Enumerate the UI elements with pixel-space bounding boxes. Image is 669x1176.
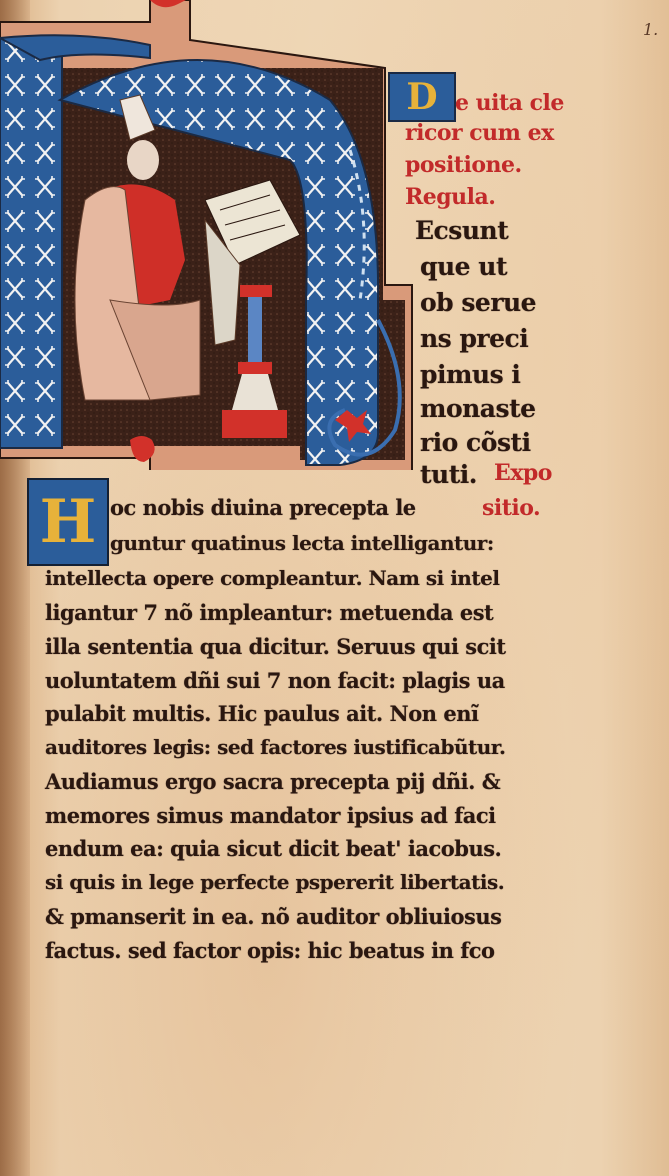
- illuminated-initial-n: [0, 0, 415, 470]
- text-line: guntur quatinus lecta intelligantur:: [110, 533, 494, 553]
- text-line: pulabit multis. Hic paulus ait. Non enĩ: [45, 703, 478, 724]
- text-line: monaste: [420, 396, 536, 421]
- text-line: ligantur 7 nõ impleantur: metuenda est: [45, 602, 493, 623]
- rubric-line: Regula.: [405, 186, 495, 208]
- text-line: ob serue: [420, 290, 536, 315]
- text-line: memores simus mandator ipsius ad faci: [45, 805, 496, 826]
- text-line: intellecta opere compleantur. Nam si int…: [45, 568, 499, 588]
- text-line: auditores legis: sed factores iustificab…: [45, 737, 505, 757]
- text-line: Audiamus ergo sacra precepta pij dñi. &: [45, 771, 500, 792]
- text-line: pimus i: [420, 362, 520, 387]
- rubric-line: ricor cum ex: [405, 122, 554, 144]
- text-line: endum ea: quia sicut dicit beat' iacobus…: [45, 838, 501, 859]
- text-line: factus. sed factor opis: hic beatus in f…: [45, 940, 495, 961]
- rubric-line: e uita cle: [455, 92, 564, 114]
- text-line: uoluntatem dñi sui 7 non facit: plagis u…: [45, 670, 505, 691]
- text-line: tuti.: [420, 462, 477, 487]
- text-line: que ut: [420, 254, 507, 279]
- text-line: rio cõsti: [420, 430, 531, 455]
- text-line: Ecsunt: [415, 218, 508, 243]
- text-line: & pmanserit in ea. nõ auditor obliuiosus: [45, 906, 501, 927]
- body-initial-h: H: [27, 478, 109, 566]
- text-line: oc nobis diuina precepta le: [110, 497, 416, 518]
- folio-number: 1.: [643, 20, 658, 39]
- rubric-initial-d: D: [388, 72, 456, 122]
- text-line: illa sententia qua dicitur. Seruus qui s…: [45, 636, 506, 657]
- rubric-line: positione.: [405, 154, 522, 176]
- rubric-line: sitio.: [482, 497, 540, 519]
- rubric-line: Expo: [494, 462, 552, 484]
- text-line: ns preci: [420, 326, 528, 351]
- text-line: si quis in lege perfecte pspererit liber…: [45, 872, 504, 892]
